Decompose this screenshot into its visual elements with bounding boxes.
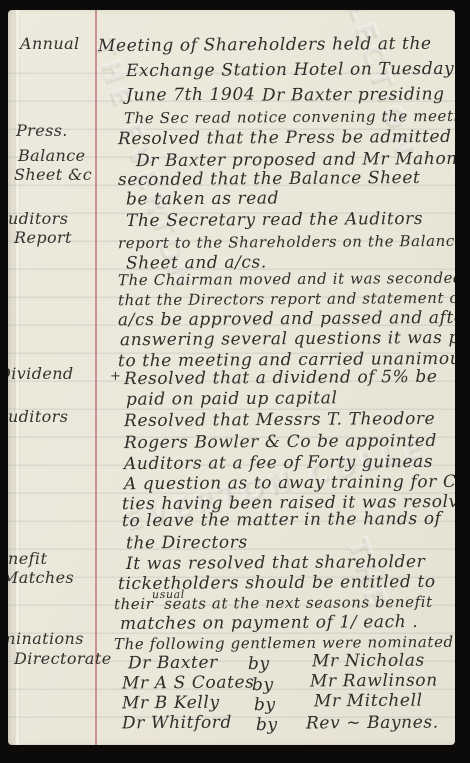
scan-border-bottom	[0, 745, 470, 763]
handwriting-line: report to the Shareholders on the Balanc…	[118, 230, 465, 254]
margin-note: Directorate	[14, 649, 112, 669]
handwriting-line: Resolved that the Press be admitted	[118, 126, 452, 150]
margin-note: Annual	[20, 34, 80, 54]
minute-book-page: THE EVERTONCOLLECTIONEVERTON COLLETHE An…	[0, 0, 470, 763]
scan-border-right	[455, 0, 470, 763]
margin-note: Balance	[18, 146, 86, 166]
handwriting-line: be taken as read	[126, 187, 279, 210]
handwriting-line: Meeting of Shareholders held at the	[98, 33, 432, 57]
margin-note: Sheet &c	[14, 165, 92, 185]
handwriting-line: Resolved that a dividend of 5% be	[124, 366, 438, 390]
handwriting-line: +	[110, 366, 122, 388]
handwriting-line: paid on paid up capital	[126, 387, 338, 410]
margin-note: Nominations	[0, 629, 84, 649]
scan-border-left	[0, 0, 8, 763]
margin-note: Auditors	[0, 209, 68, 229]
handwriting-line: to leave the matter in the hands of	[122, 508, 442, 532]
handwriting-line: Resolved that Messrs T. Theodore	[124, 408, 435, 432]
scan-border-top	[0, 0, 470, 10]
margin-rule-line	[95, 10, 97, 745]
handwriting-line: by	[254, 694, 276, 716]
margin-note: Press.	[16, 121, 68, 141]
handwriting-line: Exchange Station Hotel on Tuesday	[126, 58, 454, 82]
handwriting-line: Dr Baxter presiding	[262, 83, 445, 106]
handwriting-line: June 7th 1904	[126, 84, 255, 107]
handwriting-line: Mr Mitchell	[314, 690, 423, 713]
margin-note: Report	[14, 228, 72, 248]
handwriting-line: The Secretary read the Auditors	[126, 208, 423, 232]
margin-note: Dividend	[0, 364, 74, 384]
handwriting-line: the Directors	[126, 532, 248, 555]
handwriting-line: Dr Whitford	[122, 712, 232, 735]
handwriting-line: by	[256, 714, 278, 736]
handwriting-line: Rev ~ Baynes.	[306, 712, 439, 735]
margin-note: Matches	[2, 568, 74, 588]
handwriting-line: by	[252, 674, 274, 696]
margin-note: Auditors	[0, 407, 68, 427]
